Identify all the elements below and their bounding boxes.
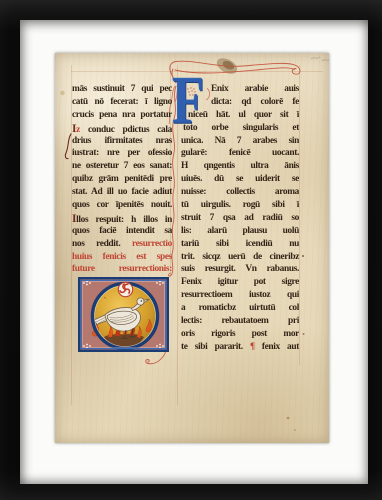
- text-line: niceū hāt. ul quor sit ī: [181, 110, 299, 123]
- text-line: lectis: rebautatoem pri: [181, 316, 299, 329]
- text-line: stat. Ad ill uo facie adiut: [72, 187, 172, 200]
- text-line: dicta: qd colorē fe: [181, 97, 299, 110]
- text-line: crucis pena nra portatur: [72, 110, 172, 123]
- text-line: quos cor īpenitēs nouit.: [72, 200, 172, 213]
- text-line: suis resurgit. Vn rabanus.: [181, 264, 299, 277]
- text-line: oris rigoris post mor: [181, 329, 299, 342]
- text-line: quos faciē intendit sa: [72, 226, 172, 239]
- text-line: unica. Nā 7 arabes sin: [181, 136, 299, 149]
- bird-head: [137, 298, 144, 305]
- text-line: resurrectioem iustoz qui: [181, 290, 299, 303]
- text-line: uiuēs. dū se uiderit se: [181, 174, 299, 187]
- text-column-left: mās sustinuit 7 qui peccatū nō fecerat: …: [72, 84, 172, 277]
- text-line: struit 7 qsa ad radiū so: [181, 213, 299, 226]
- phoenix-miniature: [78, 277, 169, 352]
- text-line: tū uirgulis. rogū sibi ī: [181, 200, 299, 213]
- mat-board: F mās sustinuit 7 qui peccatū nō fecerat…: [20, 20, 368, 484]
- text-line: quibz grām penitēdi pre: [72, 174, 172, 187]
- text-line: te sibi pararit. ¶ fenix aut: [181, 342, 299, 355]
- text-line: future resurrectionis:: [72, 264, 172, 277]
- bird-eye: [141, 300, 142, 301]
- text-line: trit. sicqz uerū de cineribz: [181, 252, 299, 265]
- text-line: nuisse: collectis aroma: [181, 187, 299, 200]
- text-line: toto orbe singularis et: [181, 123, 299, 136]
- text-line: Illos respuit: h illos in: [72, 213, 172, 226]
- text-line: gularē: fenicē uocant.: [181, 148, 299, 161]
- text-line: Iz conduc pdictus cala: [72, 123, 172, 136]
- text-line: iustrat: nre per ofessio: [72, 148, 172, 161]
- text-line: nos reddit. resurrectio: [72, 239, 172, 252]
- text-line: catū nō fecerat: ī ligno: [72, 97, 172, 110]
- text-line: Enix arabie auis: [181, 84, 299, 97]
- framed-artwork: F mās sustinuit 7 qui peccatū nō fecerat…: [0, 0, 382, 500]
- text-line: H qngentis ultra ānis: [181, 161, 299, 174]
- text-line: mās sustinuit 7 qui pec: [72, 84, 172, 97]
- text-line: huius fenicis est spes: [72, 252, 172, 265]
- text-line: lis: alarū plausu uolū: [181, 226, 299, 239]
- text-line: drius ifirmitates nras: [72, 136, 172, 149]
- sun-disc: [118, 282, 132, 296]
- faded-inscription: [311, 57, 329, 61]
- text-line: ne osteretur 7 eos sanat:: [72, 161, 172, 174]
- initial-descender-flourish: [65, 134, 71, 159]
- manuscript-page: F mās sustinuit 7 qui peccatū nō fecerat…: [55, 53, 329, 443]
- text-line: a romaticbz uirtutū col: [181, 303, 299, 316]
- text-line: tariū sibi icendiū nu: [181, 239, 299, 252]
- text-line: Fenix igitur pot sigre: [181, 277, 299, 290]
- text-column-right: Enix arabie auisdicta: qd colorē feniceū…: [181, 84, 299, 355]
